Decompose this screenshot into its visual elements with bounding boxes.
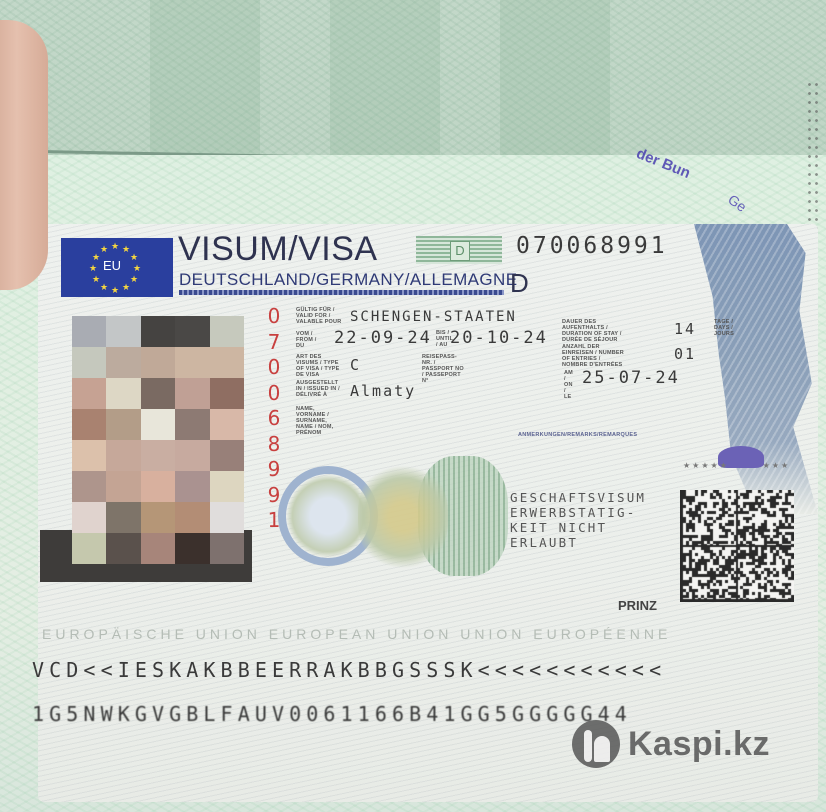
duration-label: DAUER DES AUFENTHALTS / DURATION OF STAY… (562, 319, 624, 343)
perforated-digit: 6 (264, 406, 284, 432)
remarks-line: ERWERBSTATIG- (510, 505, 646, 520)
entries-label: ANZAHL DER EINREISEN / NUMBER OF ENTRIES… (562, 344, 624, 368)
from-label: VOM / FROM / DU (296, 331, 326, 349)
duration-unit: TAGE / DAYS / JOURS (714, 319, 736, 337)
issued-on-value: 25-07-24 (582, 368, 680, 388)
issued-on-label: AM / ON / LE (564, 370, 574, 400)
perforated-digit: 0 (264, 304, 284, 330)
holder-photo-pixelated (40, 312, 252, 582)
hologram-band (694, 224, 818, 514)
mrz-line-2: 1G5NWKGVGBLFAUV0061166B41GG5GGGGG44 (32, 702, 632, 726)
perforated-digit: 7 (264, 330, 284, 356)
entries-value: 01 (674, 345, 696, 363)
visa-number: 070068991 (516, 233, 668, 259)
guilloche-band (500, 0, 610, 160)
watermark-text: Kaspi.kz (628, 725, 770, 764)
country-emblem: D (416, 236, 502, 264)
upper-passport-page (0, 0, 826, 160)
signature: PRINZ (618, 598, 657, 613)
eu-flag: ★★★★★★★★★★★★ EU (61, 238, 173, 297)
microprint-strip (179, 290, 504, 295)
thumb (0, 20, 48, 290)
perforation-dots (806, 80, 820, 230)
stars-icon: ★★★★★ ★★★ (683, 461, 790, 470)
type-of-visa-value: C (350, 356, 361, 374)
remarks-label: ANMERKUNGEN/REMARKS/REMARQUES (518, 432, 637, 438)
visa-title: VISUM/VISA (178, 230, 378, 269)
kaspi-logo-icon (572, 720, 620, 768)
passport-number-label: REISEPASS-NR. / PASSPORT NO / PASSEPORT … (422, 354, 464, 384)
remarks-line: GESCHAFTSVISUM (510, 490, 646, 505)
mrz-line-1: VCD<<IESKAKBBEERRAKBBGSSSK<<<<<<<<<<< (32, 658, 666, 682)
type-of-visa-label: ART DES VISUMS / TYPE OF VISA / TYPE DE … (296, 354, 342, 378)
guilloche-band (330, 0, 440, 160)
2d-barcode (680, 490, 794, 602)
valid-for-label: GÜLTIG FÜR / VALID FOR / VALABLE POUR (296, 307, 344, 325)
perforated-digit: 0 (264, 355, 284, 381)
from-value: 22-09-24 (334, 328, 432, 348)
guilloche-band (150, 0, 260, 160)
perforated-digit: 8 (264, 432, 284, 458)
hologram-seal (278, 456, 508, 586)
emblem-letter: D (450, 241, 470, 261)
remarks-line: KEIT NICHT (510, 520, 646, 535)
issuing-country: DEUTSCHLAND/GERMANY/ALLEMAGNE (179, 270, 517, 290)
eu-band-text: EUROPÄISCHE UNION EUROPEAN UNION UNION E… (42, 626, 802, 642)
perforated-digit: 0 (264, 381, 284, 407)
issued-in-label: AUSGESTELLT IN / ISSUED IN / DÉLIVRÉ À (296, 380, 342, 398)
visa-sticker: ★★★★★ ★★★ ★★★★★★★★★★★★ EU VISUM/VISA DEU… (38, 224, 818, 802)
valid-for-value: SCHENGEN-STAATEN (350, 309, 517, 325)
name-label: NAME, VORNAME / SURNAME, NAME / NOM, PRÉ… (296, 406, 342, 436)
remarks-text: GESCHAFTSVISUM ERWERBSTATIG- KEIT NICHT … (510, 490, 646, 550)
pixelated-face (72, 316, 244, 564)
duration-value: 14 (674, 320, 696, 338)
remarks-line: ERLAUBT (510, 535, 646, 550)
until-value: 20-10-24 (450, 328, 548, 348)
issuing-state-code: D (510, 268, 529, 299)
issued-in-value: Almaty (350, 382, 416, 400)
eu-flag-label: EU (103, 258, 121, 273)
kaspi-watermark: Kaspi.kz (572, 720, 770, 768)
